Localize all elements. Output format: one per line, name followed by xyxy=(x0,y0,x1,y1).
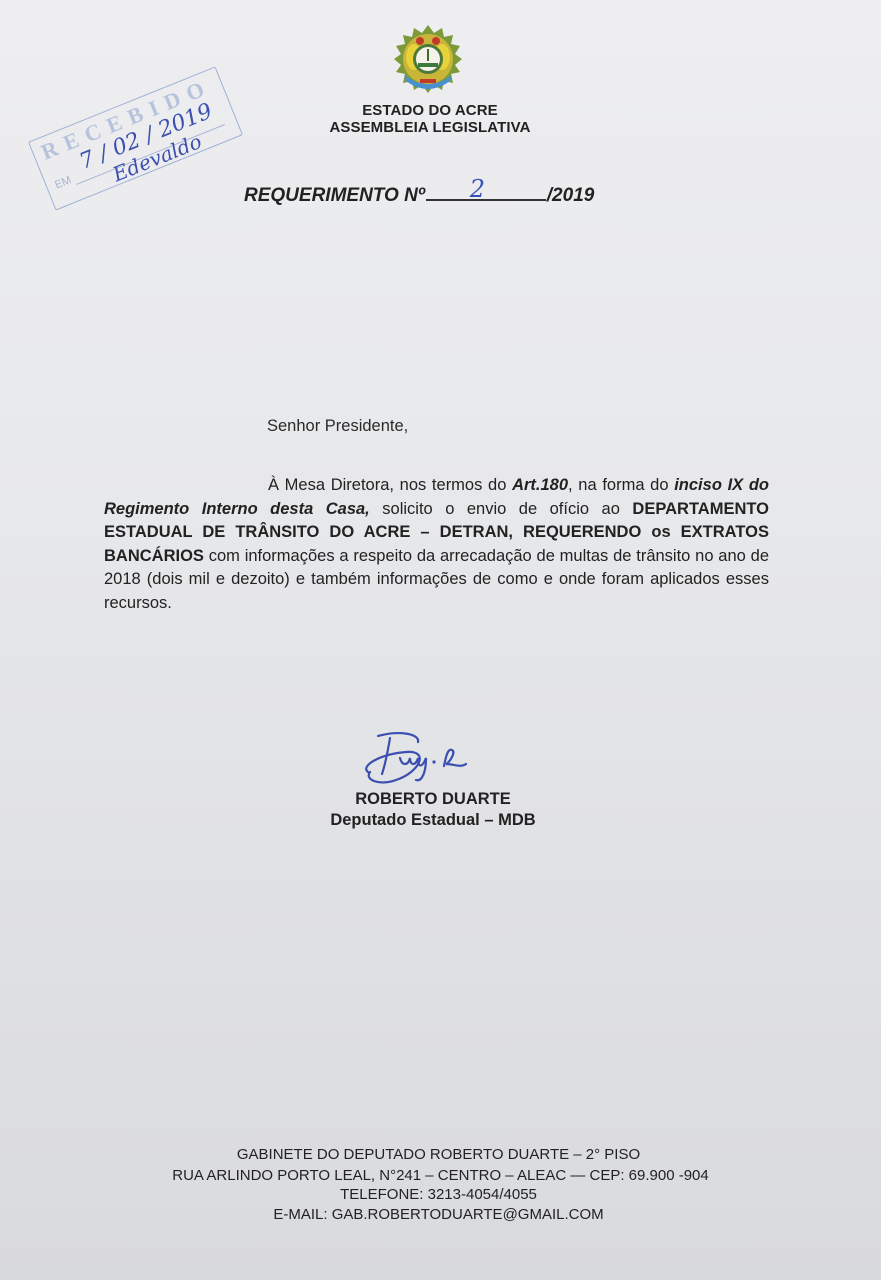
stamp-em-label: EM xyxy=(53,174,73,191)
signatory-role: Deputado Estadual – MDB xyxy=(0,811,866,830)
footer-phone: TELEFONE: 3213-4054/4055 xyxy=(0,1185,879,1204)
footer-office: GABINETE DO DEPUTADO ROBERTO DUARTE – 2°… xyxy=(0,1145,879,1164)
footer-email: E-MAIL: GAB.ROBERTODUARTE@GMAIL.COM xyxy=(0,1205,879,1224)
body-segment: Art.180 xyxy=(512,476,568,494)
coat-of-arms-icon xyxy=(391,24,465,94)
body-segment: com informações a respeito da arrecadaçã… xyxy=(104,547,769,612)
footer-address: RUA ARLINDO PORTO LEAL, N°241 – CENTRO –… xyxy=(0,1166,881,1185)
number-blank: 2 xyxy=(426,183,546,201)
body-segment: , na forma do xyxy=(568,476,674,494)
title-suffix: /2019 xyxy=(547,185,595,206)
received-stamp: RECEBIDO 7 / 02 / 2019 EM Edevaldo xyxy=(28,66,243,210)
salutation: Senhor Presidente, xyxy=(267,417,408,436)
body-paragraph: À Mesa Diretora, nos termos do Art.180, … xyxy=(104,474,769,615)
title-prefix: REQUERIMENTO Nº xyxy=(244,185,425,206)
signatory-name: ROBERTO DUARTE xyxy=(0,790,866,809)
body-segment: solicito o envio de ofício ao xyxy=(370,500,633,518)
body-segment: À Mesa Diretora, nos termos do xyxy=(268,476,512,494)
document-title: REQUERIMENTO Nº2/2019 xyxy=(244,183,594,207)
request-number: 2 xyxy=(470,175,485,203)
handwritten-signature xyxy=(360,728,500,788)
